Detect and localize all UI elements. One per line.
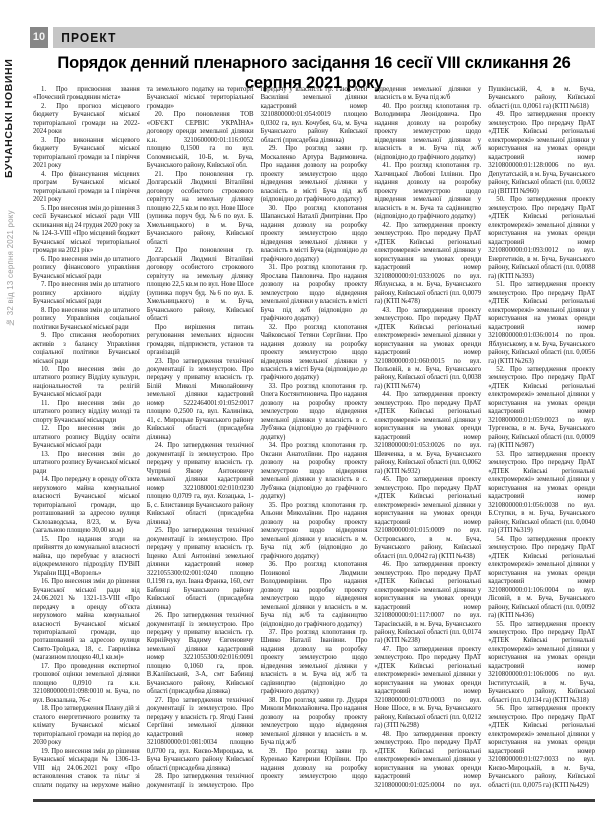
issue-info-vertical: № 32 від 13 серпня 2021 року [6, 182, 15, 327]
agenda-item: 2. Про прогноз місцевого бюджету Бучансь… [33, 103, 140, 137]
agenda-item: 46. Про затвердження проекту землеустрою… [374, 561, 481, 646]
agenda-item: 51. Про затвердження проекту землеустрою… [488, 281, 595, 366]
agenda-item: 15. Про надання згоди на прийняття до ко… [33, 536, 140, 578]
agenda-item: Про вирішення питань регулювання земельн… [147, 324, 254, 358]
agenda-item: 12. Про внесення змін до штатного розпис… [33, 425, 140, 450]
agenda-item: 30. Про розгляд клопотання Шапанської На… [261, 205, 368, 264]
newspaper-page: 10 ПРОЕКТ БУЧАНСЬКІ НОВИНИ № 32 від 13 с… [0, 0, 600, 830]
agenda-columns: 1. Про присвоєння звання «Почесний грома… [33, 86, 595, 798]
agenda-item: 8. Про внесення змін до штатного розпису… [33, 307, 140, 332]
agenda-item: 22. Про поновлення гр. Долгарській Людми… [147, 247, 254, 323]
agenda-item: 31. Про розгляд клопотання гр. Ярослава … [261, 264, 368, 323]
agenda-item: 49. Про затвердження проекту землеустрою… [488, 111, 595, 196]
agenda-item: 36. Про розгляд клопотання Позикової Люд… [261, 561, 368, 629]
agenda-item: 23. Про затвердження технічної документа… [147, 358, 254, 443]
agenda-item: 3. Про виконання місцевого бюджету Бучан… [33, 137, 140, 171]
section-header-bar: ПРОЕКТ [53, 27, 595, 48]
agenda-item: 5. Про внесення змін до рішення 3 сесії … [33, 205, 140, 256]
agenda-item: 27. Про затвердження технічної документа… [147, 697, 254, 773]
agenda-item: 44. Про затвердження проекту землеустрою… [374, 391, 481, 476]
agenda-item: 21. Про поновлення гр. Долгарській Людми… [147, 171, 254, 247]
agenda-item: 42. Про затвердження проекту землеустрою… [374, 222, 481, 307]
agenda-item: 34. Про розгляд клопотання гр. Оксани Ан… [261, 442, 368, 501]
agenda-item: 32. Про розгляд клопотання Чайковської Т… [261, 324, 368, 383]
agenda-item: 54. Про затвердження проекту землеустрою… [488, 536, 595, 621]
agenda-item: 40. Про розгляд клопотання гр. Володимир… [374, 103, 481, 162]
agenda-item: 43. Про затвердження проекту землеустрою… [374, 307, 481, 392]
agenda-item: 26. Про затвердження технічної документа… [147, 612, 254, 697]
agenda-item: 20. Про поновлення ТОВ «ОБ'ЄКТ СЕРВІС УК… [147, 111, 254, 170]
agenda-item: 16. Про внесення змін до рішення Бучансь… [33, 578, 140, 663]
agenda-item: 50. Про затвердження проекту землеустрою… [488, 196, 595, 281]
agenda-item: 1. Про присвоєння звання «Почесний грома… [33, 86, 140, 103]
agenda-item: 47. Про затвердження проекту землеустрою… [374, 646, 481, 731]
agenda-item: 13. Про внесення змін до штатного розпис… [33, 451, 140, 476]
agenda-item: 55. Про затвердження проекту землеустрою… [488, 621, 595, 706]
agenda-item: 35. Про розгляд клопотання гр. Альони Ми… [261, 502, 368, 561]
agenda-item: 6. Про внесення змін до штатного розпису… [33, 256, 140, 281]
agenda-item: 18. Про затвердження Плану дій зі сталог… [33, 705, 140, 747]
agenda-item: 24. Про затвердження технічної документа… [147, 442, 254, 527]
agenda-item: 41. Про розгляд клопотання гр. Халчицько… [374, 162, 481, 221]
agenda-item: 45. Про затвердження проекту землеустрою… [374, 476, 481, 561]
agenda-item: 10. Про внесення змін до штатного розпис… [33, 366, 140, 400]
newspaper-masthead-vertical: БУЧАНСЬКІ НОВИНИ [3, 50, 15, 178]
agenda-item: 56. Про затвердження проекту землеустрою… [488, 705, 595, 790]
agenda-item: 37. Про розгляд клопотання гр. Шивко Нат… [261, 629, 368, 697]
agenda-item: 33. Про розгляд клопотання гр. Олега Кос… [261, 383, 368, 442]
agenda-item: 17. Про проведення експертної грошової о… [33, 663, 140, 705]
page-number-badge: 10 [30, 27, 48, 48]
section-label: ПРОЕКТ [53, 27, 117, 48]
agenda-item: 11. Про внесення змін до штатного розпис… [33, 400, 140, 425]
agenda-item: 4. Про фінансування місцевих програм Буч… [33, 171, 140, 205]
agenda-item: 14. Про передачу в оренду об'єкта нерухо… [33, 476, 140, 535]
agenda-item: 25. Про затвердження технічної документа… [147, 527, 254, 612]
agenda-item: 7. Про внесення змін до штатного розпису… [33, 281, 140, 306]
agenda-item: 29. Про розгляд заяви гр. Москаленко Арт… [261, 145, 368, 204]
agenda-item: 53. Про затвердження проекту землеустрою… [488, 451, 595, 536]
agenda-item: 38. Про розгляд заяви гр. Дударя Миколи … [261, 697, 368, 748]
agenda-item: 52. Про затвердження проекту землеустрою… [488, 366, 595, 451]
agenda-item: 9. Про списання необоротних активів з ба… [33, 332, 140, 366]
footer-rule [33, 799, 595, 802]
